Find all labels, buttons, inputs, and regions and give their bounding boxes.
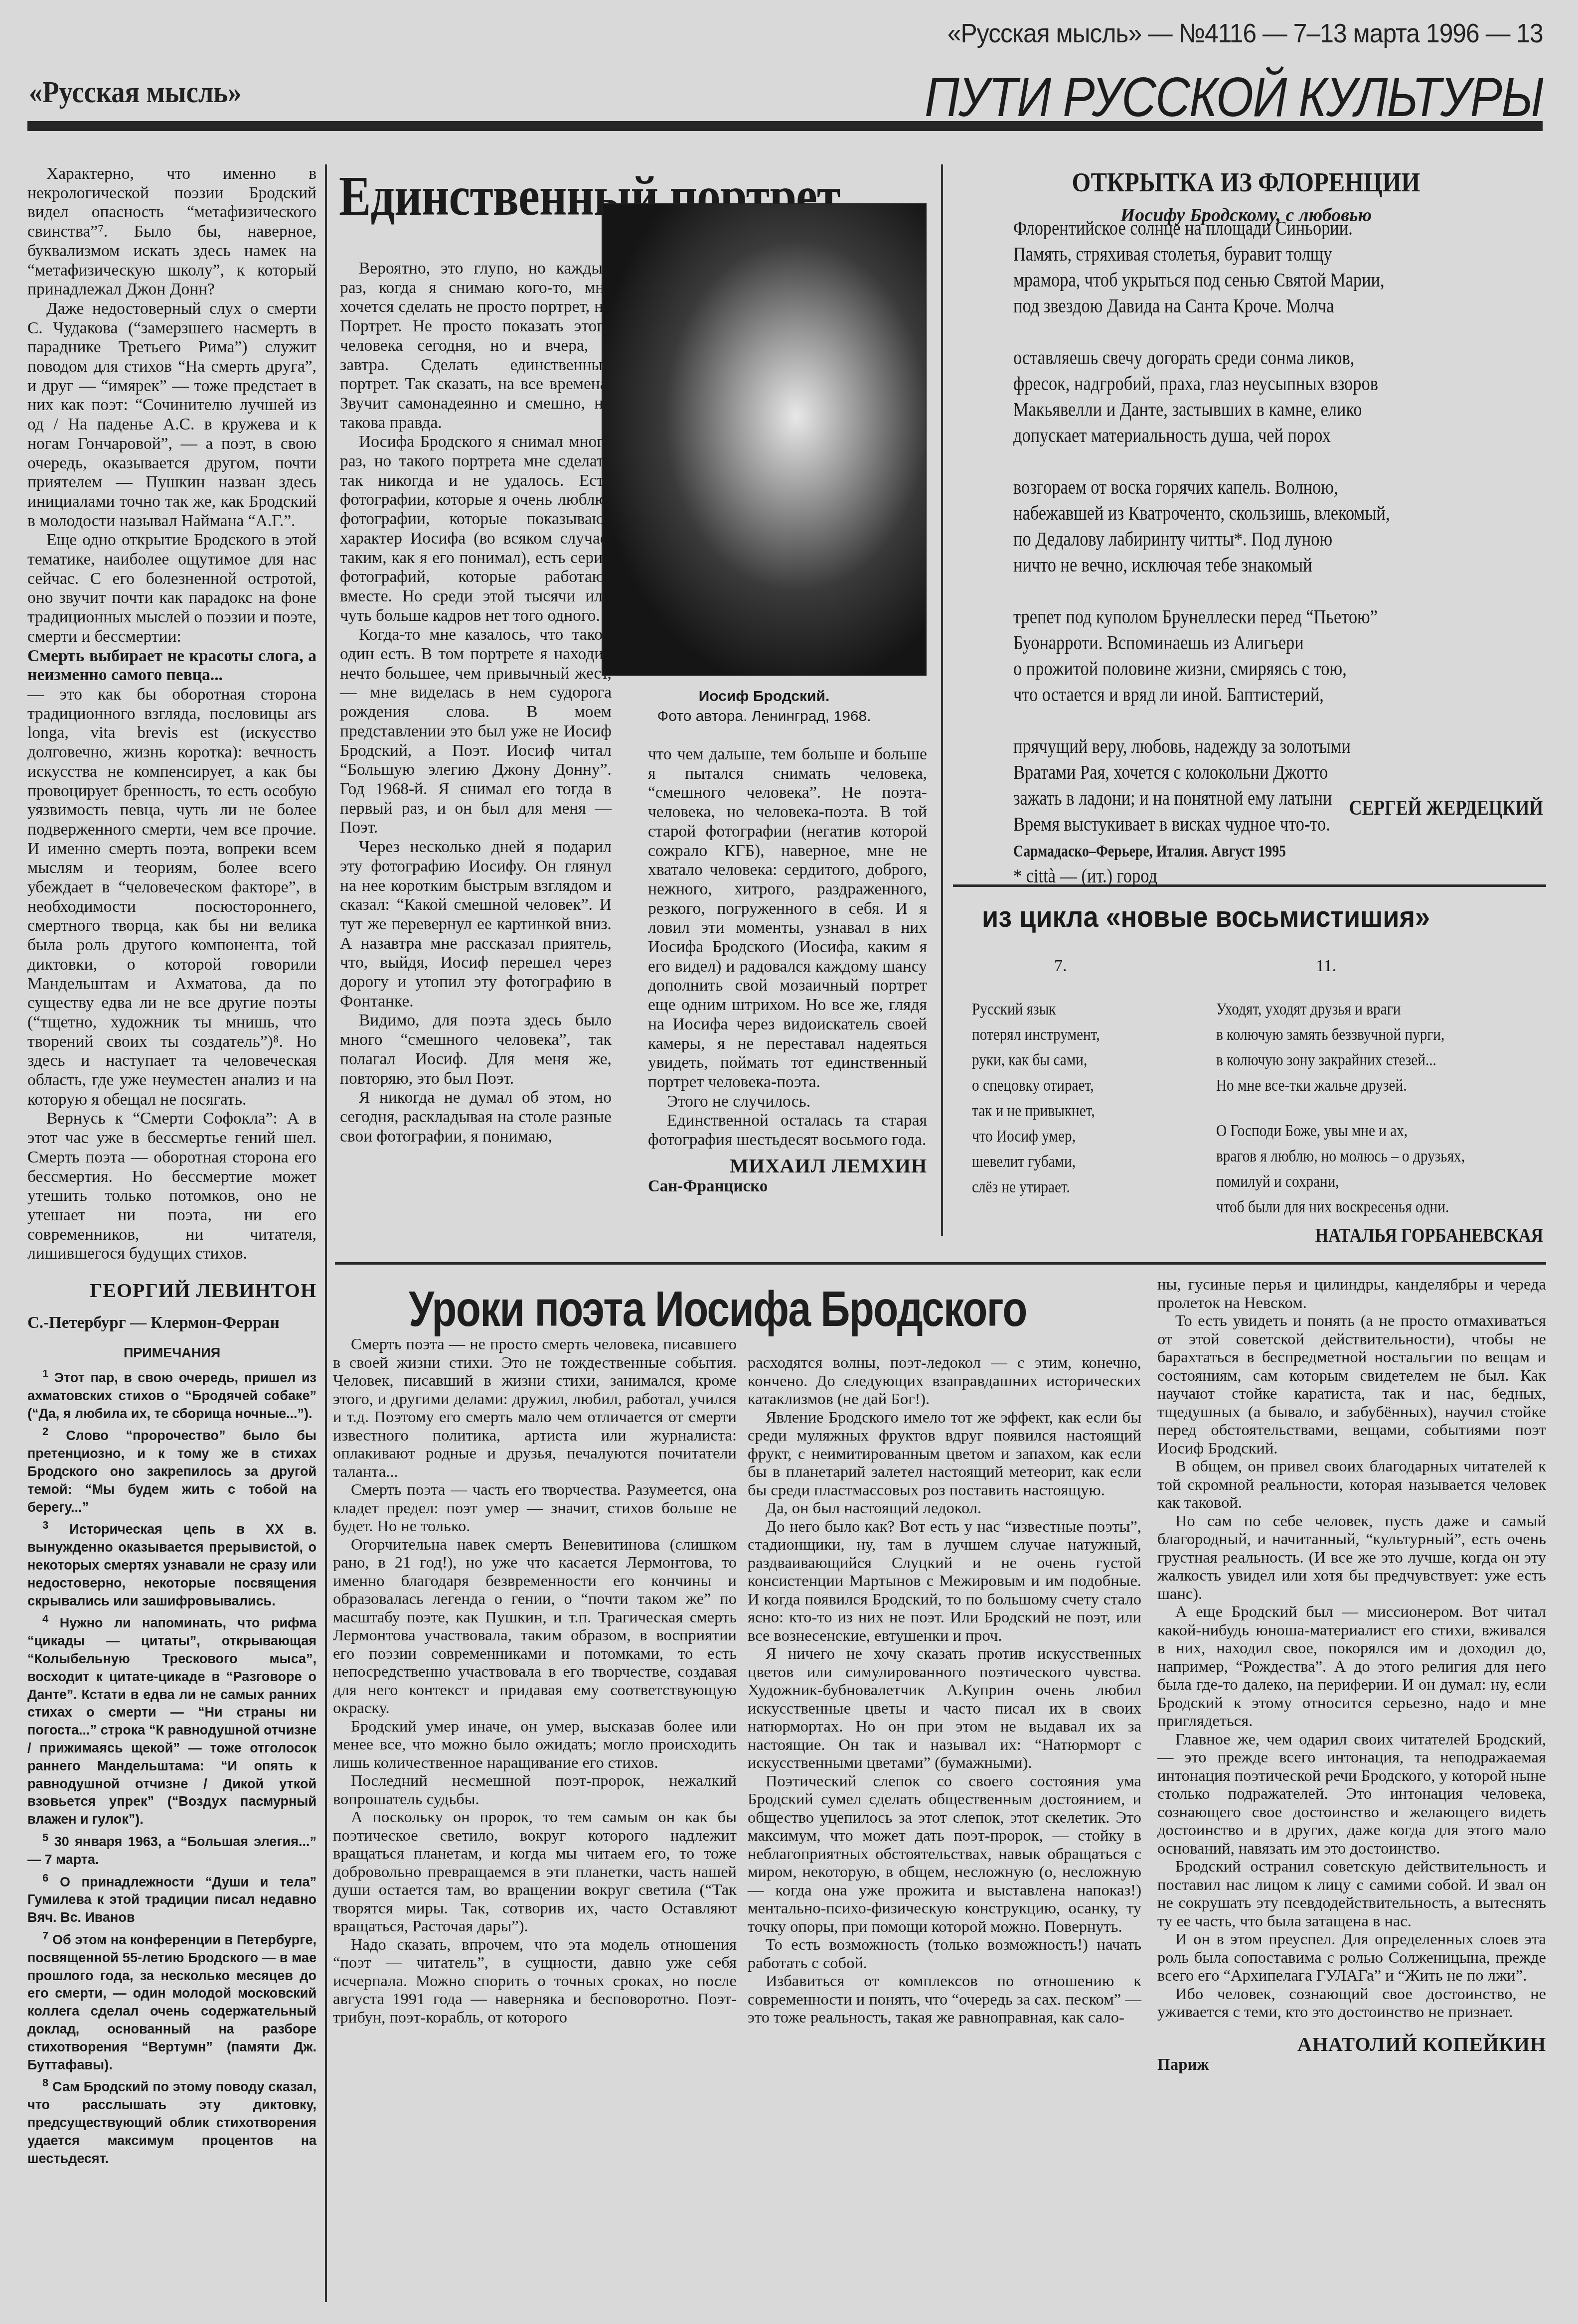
paragraph: Когда-то мне казалось, что такой один ес…	[340, 625, 612, 838]
portrait-column-2: что чем дальше, тем больше и больше я пы…	[648, 745, 927, 1196]
paragraph: Надо сказать, впрочем, что эта модель от…	[333, 1936, 737, 2027]
pull-quote: Смерть выбирает не красоты слога, а неиз…	[27, 647, 316, 685]
caption-credit: Фото автора. Ленинград, 1968.	[602, 707, 927, 726]
paragraph: Главное же, чем одарил своих читателей Б…	[1157, 1731, 1546, 1858]
caption-name: Иосиф Бродский.	[699, 688, 830, 705]
lessons-headline: Уроки поэта Иосифа Бродского	[409, 1281, 1027, 1338]
paragraph: И он в этом преуспел. Для определенных с…	[1157, 1930, 1546, 1985]
paragraph: Смерть поэта — не просто смерть человека…	[333, 1335, 737, 1481]
note-item: 1 Этот пар, в свою очередь, пришел из ах…	[27, 1365, 316, 1423]
paragraph: Вернусь к “Смерти Софокла”: А в этот час…	[27, 1109, 316, 1264]
section-divider	[335, 1262, 1546, 1265]
issue-line: «Русская мысль» — №4116 — 7–13 марта 199…	[947, 18, 1543, 49]
note-item: 5 30 января 1963, а “Большая элегия...” …	[27, 1829, 316, 1869]
paragraph: Характерно, что именно в некрологической…	[27, 164, 316, 299]
portrait-column-1: Вероятно, это глупо, но каждый раз, когд…	[340, 259, 612, 1146]
paragraph: Бродский умер иначе, он умер, высказав б…	[333, 1718, 737, 1772]
paragraph: что чем дальше, тем больше и больше я пы…	[648, 745, 927, 1092]
photo-caption: Иосиф Бродский. Фото автора. Ленинград, …	[602, 687, 927, 726]
lessons-column-1: Смерть поэта — не просто смерть человека…	[333, 1335, 737, 2027]
lessons-column-2: расходятся волны, поэт-ледокол — с этим,…	[748, 1354, 1141, 2027]
paragraph: Еще одно открытие Бродского в этой темат…	[27, 531, 316, 646]
author-place: Сан-Франциско	[648, 1177, 927, 1196]
newspaper-brand: «Русская мысль»	[29, 75, 241, 110]
author-place: С.-Петербург — Клермон-Ферран	[27, 1314, 316, 1332]
poem-number: 11.	[1316, 957, 1336, 976]
paragraph: А еще Бродский был — миссионером. Вот чи…	[1157, 1603, 1546, 1731]
stanza: трепет под куполом Брунеллески перед “Пь…	[1013, 604, 1506, 708]
levinton-article: Характерно, что именно в некрологической…	[27, 164, 316, 2168]
note-item: 2 Слово “пророчество” было бы претенциоз…	[27, 1423, 316, 1516]
poem-number: 7.	[1054, 957, 1067, 976]
paragraph: Этого не случилось.	[648, 1092, 927, 1112]
octave-poem-11: Уходят, уходят друзья и врагив колючую з…	[1216, 997, 1559, 1220]
paragraph: Я никогда не думал об этом, но сегодня, …	[340, 1088, 612, 1146]
paragraph: Через несколько дней я подарил эту фотог…	[340, 838, 612, 1011]
paragraph: В общем, он привел своих благодарных чит…	[1157, 1457, 1546, 1512]
paragraph: Да, он был настоящий ледокол.	[748, 1499, 1141, 1518]
paragraph: Поэтический слепок со своего состояния у…	[748, 1772, 1141, 1936]
note-item: 8 Сам Бродский по этому поводу сказал, ч…	[27, 2074, 316, 2168]
paragraph: Избавиться от комплексов по отношению к …	[748, 1972, 1141, 2027]
note-item: 4 Нужно ли напоминать, что рифма “цикады…	[27, 1610, 316, 1829]
paragraph: Бродский остранил советскую действительн…	[1157, 1858, 1546, 1930]
paragraph: ны, гусиные перья и цилиндры, канделябры…	[1157, 1276, 1546, 1312]
postcard-title: ОТКРЫТКА ИЗ ФЛОРЕНЦИИ	[1022, 167, 1470, 198]
paragraph: То есть возможность (только возможность!…	[748, 1936, 1141, 1972]
author-place: Париж	[1157, 2056, 1546, 2074]
stanza: оставляешь свечу догорать среди сонма ли…	[1013, 345, 1506, 448]
postcard-poem: Флорентийское солнце на площади Синьории…	[1013, 215, 1506, 889]
paragraph: То есть увидеть и понять (а не просто от…	[1157, 1312, 1546, 1457]
paragraph: Иосифа Бродского я снимал много раз, но …	[340, 433, 612, 625]
stanza: Флорентийское солнце на площади Синьории…	[1013, 215, 1506, 319]
note-item: 3 Историческая цепь в XX в. вынужденно о…	[27, 1516, 316, 1610]
paragraph: Вероятно, это глупо, но каждый раз, когд…	[340, 259, 612, 433]
author-signature: СЕРГЕЙ ЖЕРДЕЦКИЙ	[1349, 796, 1543, 820]
paragraph: Последний несмешной поэт-пророк, нежалки…	[333, 1772, 737, 1808]
paragraph: Даже недостоверный слух о смерти С. Чуда…	[27, 299, 316, 531]
author-signature: МИХАИЛ ЛЕМХИН	[648, 1154, 927, 1177]
paragraph: Ибо человек, сознающий свое достоинство,…	[1157, 1985, 1546, 2022]
paragraph: Единственной осталась та старая фотограф…	[648, 1111, 927, 1150]
poem-place-date: Сармадаско–Ферьере, Италия. Август 1995	[1013, 842, 1286, 861]
paragraph: Но сам по себе человек, пусть даже и сам…	[1157, 1512, 1546, 1603]
lessons-column-3: ны, гусиные перья и цилиндры, канделябры…	[1157, 1276, 1546, 2074]
octave-poem-7: Русский языкпотерял инструмент,руки, как…	[972, 997, 1143, 1200]
brodsky-portrait-photo	[602, 203, 927, 676]
stanza: прячущий веру, любовь, надежду за золоты…	[1013, 733, 1506, 837]
paragraph: Я ничего не хочу сказать против искусств…	[748, 1645, 1141, 1772]
notes-title: ПРИМЕЧАНИЯ	[27, 1345, 316, 1361]
author-signature: НАТАЛЬЯ ГОРБАНЕВСКАЯ	[1315, 1223, 1543, 1247]
paragraph: Явление Бродского имело тот же эффект, к…	[748, 1409, 1141, 1500]
column-divider	[941, 164, 943, 1236]
paragraph: Огорчительна навек смерть Веневитинова (…	[333, 1536, 737, 1718]
note-item: 6 О принадлежности “Души и тела” Гумилев…	[27, 1869, 316, 1927]
poem-footnote: * città — (ит.) город	[1013, 863, 1506, 889]
stanza: возгораем от воска горячих капель. Волно…	[1013, 474, 1506, 578]
notes-list: 1 Этот пар, в свою очередь, пришел из ах…	[27, 1365, 316, 2168]
paragraph: — это как бы оборотная сторона традицион…	[27, 685, 316, 1109]
column-divider	[325, 164, 327, 2302]
paragraph: А поскольку он пророк, то тем самым он к…	[333, 1808, 737, 1936]
author-signature: АНАТОЛИЙ КОПЕЙКИН	[1157, 2033, 1546, 2056]
masthead-rule	[27, 121, 1543, 131]
octaves-title: из цикла «новые восьмистишия»	[982, 899, 1430, 934]
author-signature: ГЕОРГИЙ ЛЕВИНТОН	[27, 1279, 316, 1302]
paragraph: Видимо, для поэта здесь было много “смеш…	[340, 1011, 612, 1088]
paragraph: До него было как? Вот есть у нас “извест…	[748, 1518, 1141, 1645]
note-item: 7 Об этом на конференции в Петербурге, п…	[27, 1927, 316, 2074]
paragraph: расходятся волны, поэт-ледокол — с этим,…	[748, 1354, 1141, 1409]
section-title: ПУТИ РУССКОЙ КУЛЬТУРЫ	[925, 65, 1543, 129]
paragraph: Смерть поэта — часть его творчества. Раз…	[333, 1481, 737, 1536]
